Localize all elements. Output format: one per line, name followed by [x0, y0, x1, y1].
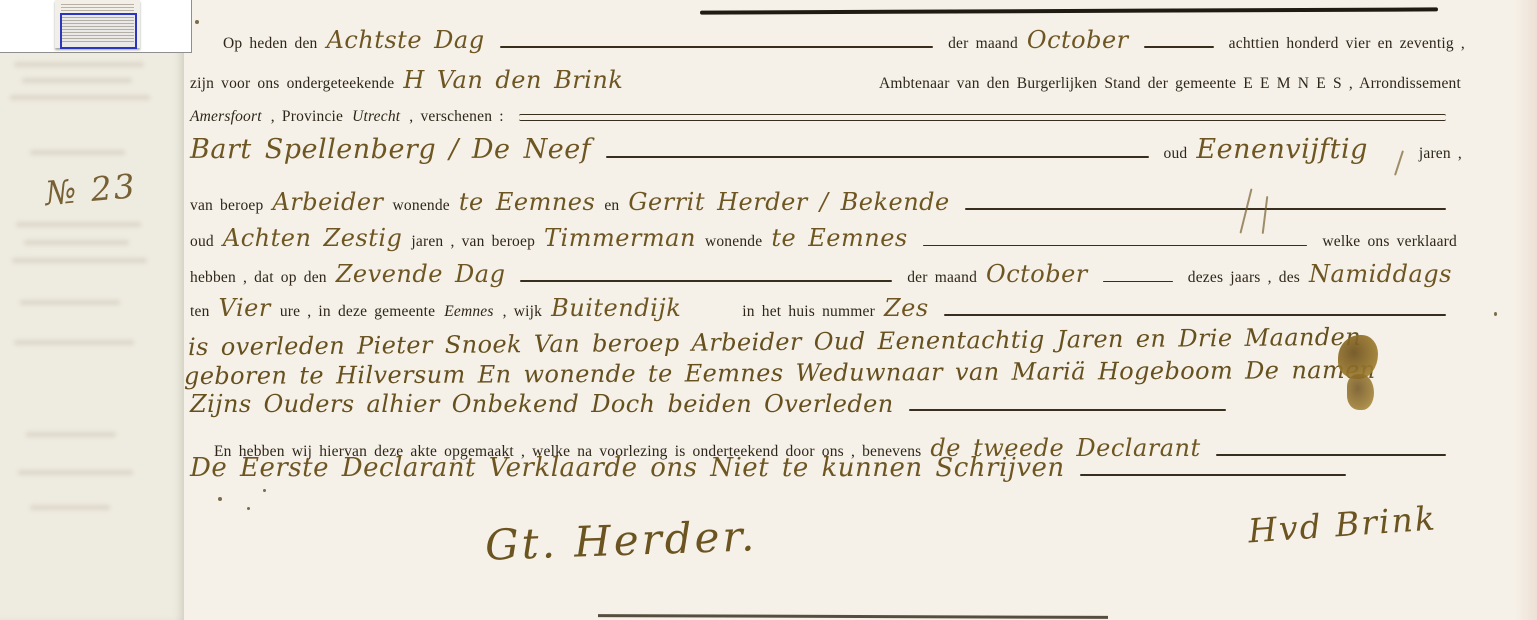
ink-speck: [1494, 312, 1497, 316]
handwritten-age: Eenenvijftig: [1196, 136, 1367, 163]
printed-text: wonende: [393, 197, 450, 215]
signature-registrar: Hvd Brink: [1247, 501, 1438, 547]
ink-rule: [1080, 474, 1346, 476]
ink-blot: [1347, 374, 1374, 410]
bleedthrough-smudge: [24, 240, 129, 245]
printed-text: en: [604, 197, 619, 215]
ink-speck: [263, 489, 266, 492]
printed-text: van beroep: [190, 197, 263, 215]
ink-rule: [909, 409, 1226, 411]
act-line-declarant2-details: oud Achten Zestig jaren , van beroep Tim…: [190, 226, 1457, 251]
ink-rule: [606, 156, 1148, 158]
bleedthrough-smudge: [30, 505, 110, 510]
handwritten-house-number: Zes: [884, 296, 929, 320]
handwritten-month: October: [986, 262, 1088, 286]
bleedthrough-smudge: [14, 340, 134, 345]
handwritten-residence: te Eemnes: [459, 190, 595, 214]
act-line-death-place: ten Vier ure , in deze gemeente Eemnes ,…: [190, 296, 1452, 321]
handwritten-occupation: Timmerman: [544, 226, 696, 250]
printed-text: ure , in deze gemeente: [280, 303, 435, 321]
handwritten-registrar-name: H Van den Brink: [403, 68, 623, 92]
bleedthrough-smudge: [16, 222, 141, 227]
printed-text: , Provincie: [271, 108, 343, 126]
handwritten-declarant1-name: Bart Spellenberg / De Neef: [190, 136, 591, 163]
act-top-rule: [700, 7, 1438, 14]
handwritten-deceased-origin: geboren te Hilversum En wonende te Eemne…: [184, 358, 1376, 388]
printed-text: der maand: [948, 35, 1018, 53]
act-line-illiteracy-note: De Eerste Declarant Verklaarde ons Niet …: [190, 455, 1352, 481]
printed-text: der maand: [907, 269, 977, 287]
bleedthrough-smudge: [22, 78, 132, 83]
page-thumbnail[interactable]: [55, 0, 140, 48]
handwritten-day: Achtste Dag: [326, 28, 484, 52]
printed-text: Ambtenaar van den Burgerlijken Stand der…: [879, 75, 1461, 93]
bleedthrough-smudge: [18, 470, 133, 475]
act-line-declarant2: van beroep Arbeider wonende te Eemnes en…: [190, 190, 1452, 215]
act-line-deceased: is overleden Pieter Snoek Van beroep Arb…: [188, 325, 1361, 359]
act-line-declarant1: Bart Spellenberg / De Neef oud Eenenvijf…: [190, 136, 1462, 163]
signature-witness: Gt. Herder.: [484, 515, 758, 566]
act-line-province: Amersfoort , Provincie Utrecht , versche…: [190, 108, 1452, 126]
act-number: № 23: [43, 166, 138, 213]
printed-province: Utrecht: [352, 108, 400, 126]
handwritten-parents-note: Zijns Ouders alhier Onbekend Doch beiden…: [190, 392, 894, 416]
handwritten-daypart: Namiddags: [1309, 262, 1452, 286]
printed-text: in het huis nummer: [742, 303, 875, 321]
handwritten-month: October: [1027, 28, 1129, 52]
viewport-indicator[interactable]: [60, 13, 137, 49]
printed-text: wonende: [705, 233, 762, 251]
act-line-date: Op heden den Achtste Dag der maand Octob…: [190, 28, 1465, 53]
bleedthrough-smudge: [20, 300, 120, 305]
printed-text: hebben , dat op den: [190, 269, 327, 287]
act-line-registrar: zijn voor ons ondergeteekende H Van den …: [190, 68, 1461, 93]
thumbnail-text-lines: [61, 4, 134, 12]
handwritten-age: Achten Zestig: [223, 226, 403, 250]
printed-text: oud: [1164, 145, 1188, 163]
handwritten-deceased-details: is overleden Pieter Snoek Van beroep Arb…: [188, 325, 1361, 359]
printed-municipality: Eemnes: [444, 303, 493, 321]
ink-rule: [500, 46, 934, 48]
printed-text: dezes jaars , des: [1188, 269, 1300, 287]
act-line-deceased-origin: geboren te Hilversum En wonende te Eemne…: [184, 358, 1376, 388]
ink-rule: [1103, 281, 1173, 283]
printed-text: jaren ,: [1419, 145, 1462, 163]
ink-rule: [944, 314, 1446, 316]
next-act-rule: [598, 614, 1108, 619]
handwritten-illiteracy-note: De Eerste Declarant Verklaarde ons Niet …: [190, 455, 1065, 481]
bleedthrough-smudge: [30, 150, 125, 155]
ink-speck: [247, 507, 250, 510]
ink-speck: [195, 20, 199, 24]
handwritten-day: Zevende Dag: [336, 262, 506, 286]
ink-rule: [965, 208, 1446, 210]
printed-text: Op heden den: [223, 35, 317, 53]
ink-rule: [1144, 46, 1214, 48]
printed-place: Amersfoort: [190, 108, 262, 126]
bleedthrough-smudge: [14, 62, 144, 67]
handwritten-declarant2-name: Gerrit Herder / Bekende: [628, 190, 949, 214]
printed-text: , wijk: [503, 303, 543, 321]
printed-text: ten: [190, 303, 210, 321]
page-navigator[interactable]: [0, 0, 192, 53]
printed-text: welke ons verklaard: [1322, 233, 1457, 251]
bleedthrough-smudge: [10, 95, 150, 100]
handwritten-residence: te Eemnes: [771, 226, 907, 250]
printed-text: , verschenen :: [409, 108, 503, 126]
printed-text: zijn voor ons ondergeteekende: [190, 75, 394, 93]
ink-speck: [218, 497, 222, 501]
printed-year: achttien honderd vier en zeventig ,: [1229, 35, 1465, 53]
handwritten-district: Buitendijk: [551, 296, 681, 320]
printed-text: jaren , van beroep: [411, 233, 535, 251]
ink-rule: [519, 114, 1446, 121]
act-line-death-date: hebben , dat op den Zevende Dag der maan…: [190, 262, 1452, 287]
printed-text: oud: [190, 233, 214, 251]
bleedthrough-smudge: [26, 432, 116, 437]
adjacent-page-edge: [0, 0, 184, 620]
page-edge-shadow: [1515, 0, 1537, 620]
act-line-deceased-parents: Zijns Ouders alhier Onbekend Doch beiden…: [190, 392, 1232, 416]
death-certificate-scan[interactable]: № 23 Op heden den Achtste Dag der maand …: [0, 0, 1537, 620]
handwritten-hour: Vier: [219, 296, 271, 320]
ink-rule: [520, 280, 892, 282]
bleedthrough-smudge: [12, 258, 147, 263]
handwritten-occupation: Arbeider: [272, 190, 383, 214]
ink-rule: [923, 245, 1308, 247]
